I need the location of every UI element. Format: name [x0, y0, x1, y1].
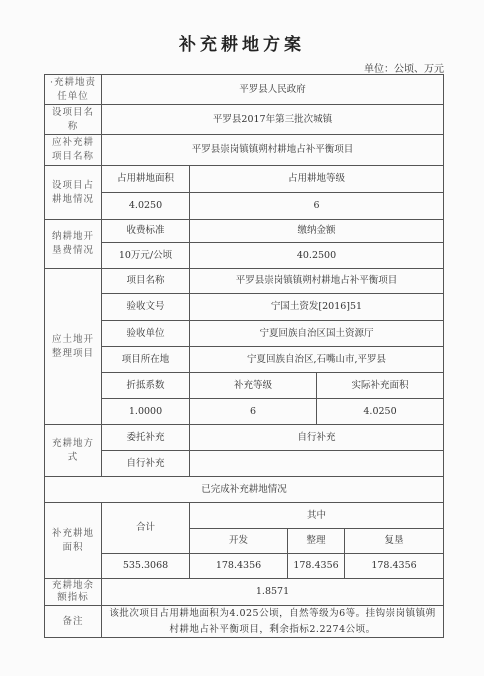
value-consolidation: 178.4356: [287, 553, 345, 579]
header-conversion-factor: 折抵系数: [101, 372, 190, 399]
value-corresponding-project: 平罗县崇岗镇镇朔村耕地占补平衡项目: [101, 134, 444, 166]
key-self: 自行补充: [101, 450, 190, 477]
completed-section-title: 已完成补充耕地情况: [44, 476, 444, 503]
header-actual-area: 实际补充面积: [316, 372, 444, 399]
label-supplemented-area: 补充耕地 面积: [44, 502, 102, 579]
key-project-name: 项目名称: [101, 268, 190, 294]
unit-label: 单位：公顷、万元: [364, 60, 444, 75]
value-remarks: 该批次项目占用耕地面积为4.025公顷，自然等级为6等。挂钩崇岗镇镇朔村耕地占补…: [101, 605, 444, 638]
value-total: 535.3068: [101, 553, 190, 579]
value-entrusted: 自行补充: [189, 424, 444, 451]
value-acceptance-unit: 宁夏回族自治区国土资源厅: [189, 320, 444, 347]
label-remaining-quota: 充耕地余 额指标: [44, 578, 102, 606]
label-land-project: 应土地开 整理项目: [44, 268, 102, 425]
header-among: 其中: [189, 502, 444, 529]
header-supplement-grade: 补充等级: [189, 372, 317, 399]
value-construction-project: 平罗县2017年第三批次城镇: [101, 104, 444, 135]
header-fee-amount: 缴纳金额: [189, 219, 444, 243]
label-corresponding-project: 应补充耕 项目名称: [44, 134, 102, 166]
value-actual-area: 4.0250: [316, 398, 444, 425]
value-occupied-grade: 6: [189, 192, 444, 220]
value-self: [189, 450, 444, 477]
key-entrusted: 委托补充: [101, 424, 190, 451]
key-acceptance-doc: 验收文号: [101, 293, 190, 321]
value-fee-amount: 40.2500: [189, 242, 444, 269]
value-project-name: 平罗县崇岗镇镇朔村耕地占补平衡项目: [189, 268, 444, 294]
header-fee-standard: 收费标准: [101, 219, 190, 243]
value-reclamation: 178.4356: [344, 553, 444, 579]
value-fee-standard: 10万元/公顷: [101, 242, 190, 269]
header-occupied-area: 占用耕地面积: [101, 165, 190, 193]
label-occupied-land: 设项目占 耕地情况: [44, 165, 102, 220]
value-occupied-area: 4.0250: [101, 192, 190, 220]
value-development: 178.4356: [189, 553, 288, 579]
header-occupied-grade: 占用耕地等级: [189, 165, 444, 193]
label-remarks: 备注: [44, 605, 102, 638]
key-acceptance-unit: 验收单位: [101, 320, 190, 347]
label-responsible-unit: ·充耕地责 任单位: [44, 74, 102, 105]
value-acceptance-doc: 宁国土资发[2016]51: [189, 293, 444, 321]
document-title: 补充耕地方案: [0, 30, 484, 55]
value-responsible-unit: 平罗县人民政府: [101, 74, 444, 105]
header-reclamation: 复垦: [344, 528, 444, 554]
key-project-location: 项目所在地: [101, 346, 190, 373]
label-reclamation-fee: 纳耕地开 垦费情况: [44, 219, 102, 269]
label-supplement-method: 充耕地方 式: [44, 424, 102, 477]
label-construction-project: 设项目名 称: [44, 104, 102, 135]
value-project-location: 宁夏回族自治区,石嘴山市,平罗县: [189, 346, 444, 373]
value-remaining-quota: 1.8571: [101, 578, 444, 606]
header-total: 合计: [101, 502, 190, 554]
header-development: 开发: [189, 528, 288, 554]
header-consolidation: 整理: [287, 528, 345, 554]
value-conversion-factor: 1.0000: [101, 398, 190, 425]
value-supplement-grade: 6: [189, 398, 317, 425]
